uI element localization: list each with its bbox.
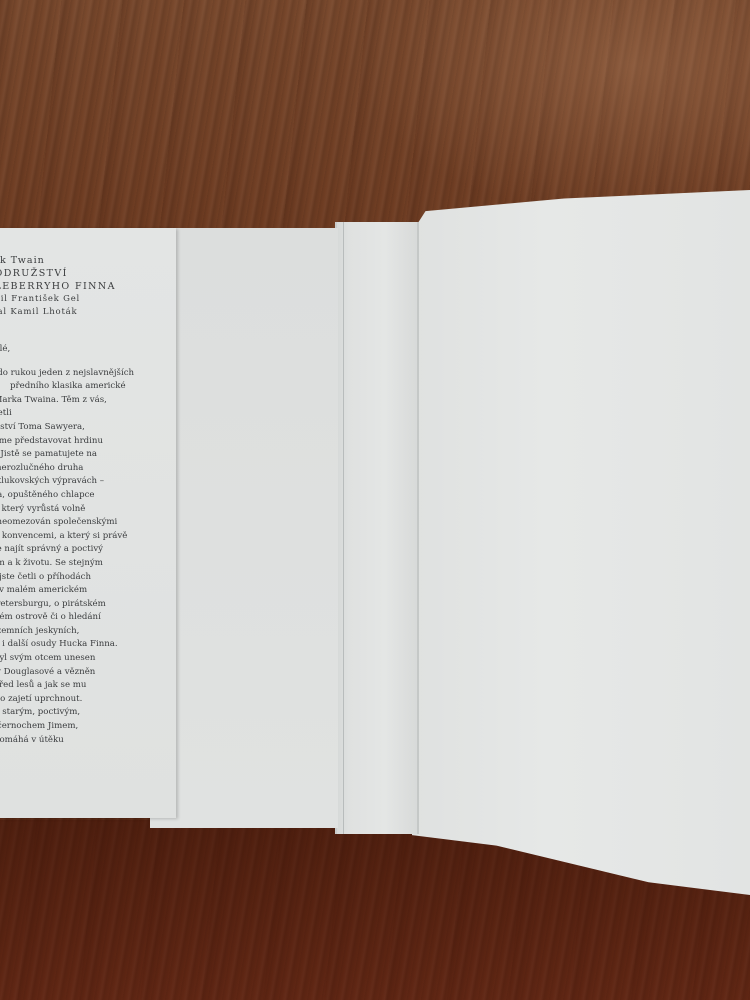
blurb-line: ovy Douglasové a vězněn: [0, 666, 161, 680]
blurb-line: ko jste četli o příhodách: [0, 571, 161, 585]
flap-text-block: k Twain RODRUŽSTVÍ KLEBERRYHO FINNA loži…: [0, 254, 161, 747]
spine-crease: [343, 222, 344, 834]
blurb-line: předního klasika americké: [0, 380, 161, 394]
spine-inside: [335, 222, 419, 834]
blurb-line: r četli: [0, 407, 161, 421]
blurb-line: t. Petersburgu, o pirátském: [0, 598, 161, 612]
blurb-line: klukovských výpravách –: [0, 475, 161, 489]
salutation: atelé,: [0, 343, 161, 357]
blurb-line: ě, neomezován společenskými: [0, 516, 161, 530]
blurb-line: m černochem Jimem,: [0, 720, 161, 734]
title-line-1: RODRUŽSTVÍ: [0, 267, 161, 280]
blurb-line: ců v malém americkém: [0, 584, 161, 598]
blurb-line: odzemních jeskyních,: [0, 625, 161, 639]
blurb-line: vat i další osudy Hucka Finna.: [0, 638, 161, 652]
blurb-line: se starým, poctivým,: [0, 706, 161, 720]
blurb-line: hoto zajetí uprchnout.: [0, 693, 161, 707]
blurb-line: ostřed lesů a jak se mu: [0, 679, 161, 693]
illustrator-line: oval Kamil Lhoták: [0, 306, 161, 319]
blurb-line: va, který vyrůstá volně: [0, 503, 161, 517]
blurb-line: pomáhá v útěku: [0, 734, 161, 748]
dust-jacket: k Twain RODRUŽSTVÍ KLEBERRYHO FINNA loži…: [0, 0, 750, 1000]
author-line: k Twain: [0, 254, 161, 267]
blurb-line: nerozlučného druha: [0, 462, 161, 476]
blurb-line: k byl svým otcem unesen: [0, 652, 161, 666]
translator-line: ložil František Gel: [0, 293, 161, 306]
front-flap: k Twain RODRUŽSTVÍ KLEBERRYHO FINNA loži…: [0, 228, 176, 818]
blurb-line: ustém ostrově či o hledání: [0, 611, 161, 625]
blurb-line: ede najít správný a poctivý: [0, 543, 161, 557]
title-line-2: KLEBERRYHO FINNA: [0, 280, 161, 293]
blurb: atelé, te do rukou jeden z nejslavnějšíc…: [0, 343, 161, 747]
blurb-line: dem a k životu. Se stejným: [0, 557, 161, 571]
blurb-line: y Marka Twaina. Těm z vás,: [0, 394, 161, 408]
back-cover-inside: [150, 228, 338, 828]
blurb-line: ružství Toma Sawyera,: [0, 421, 161, 435]
blurb-line: a konvencemi, a který si právě: [0, 530, 161, 544]
blurb-line: ky. Jistě se pamatujete na: [0, 448, 161, 462]
front-cover-inside: [412, 190, 750, 895]
blurb-line: te do rukou jeden z nejslavnějších: [0, 367, 161, 381]
blurb-line: usíme představovat hrdinu: [0, 435, 161, 449]
blurb-line: nna, opuštěného chlapce: [0, 489, 161, 503]
